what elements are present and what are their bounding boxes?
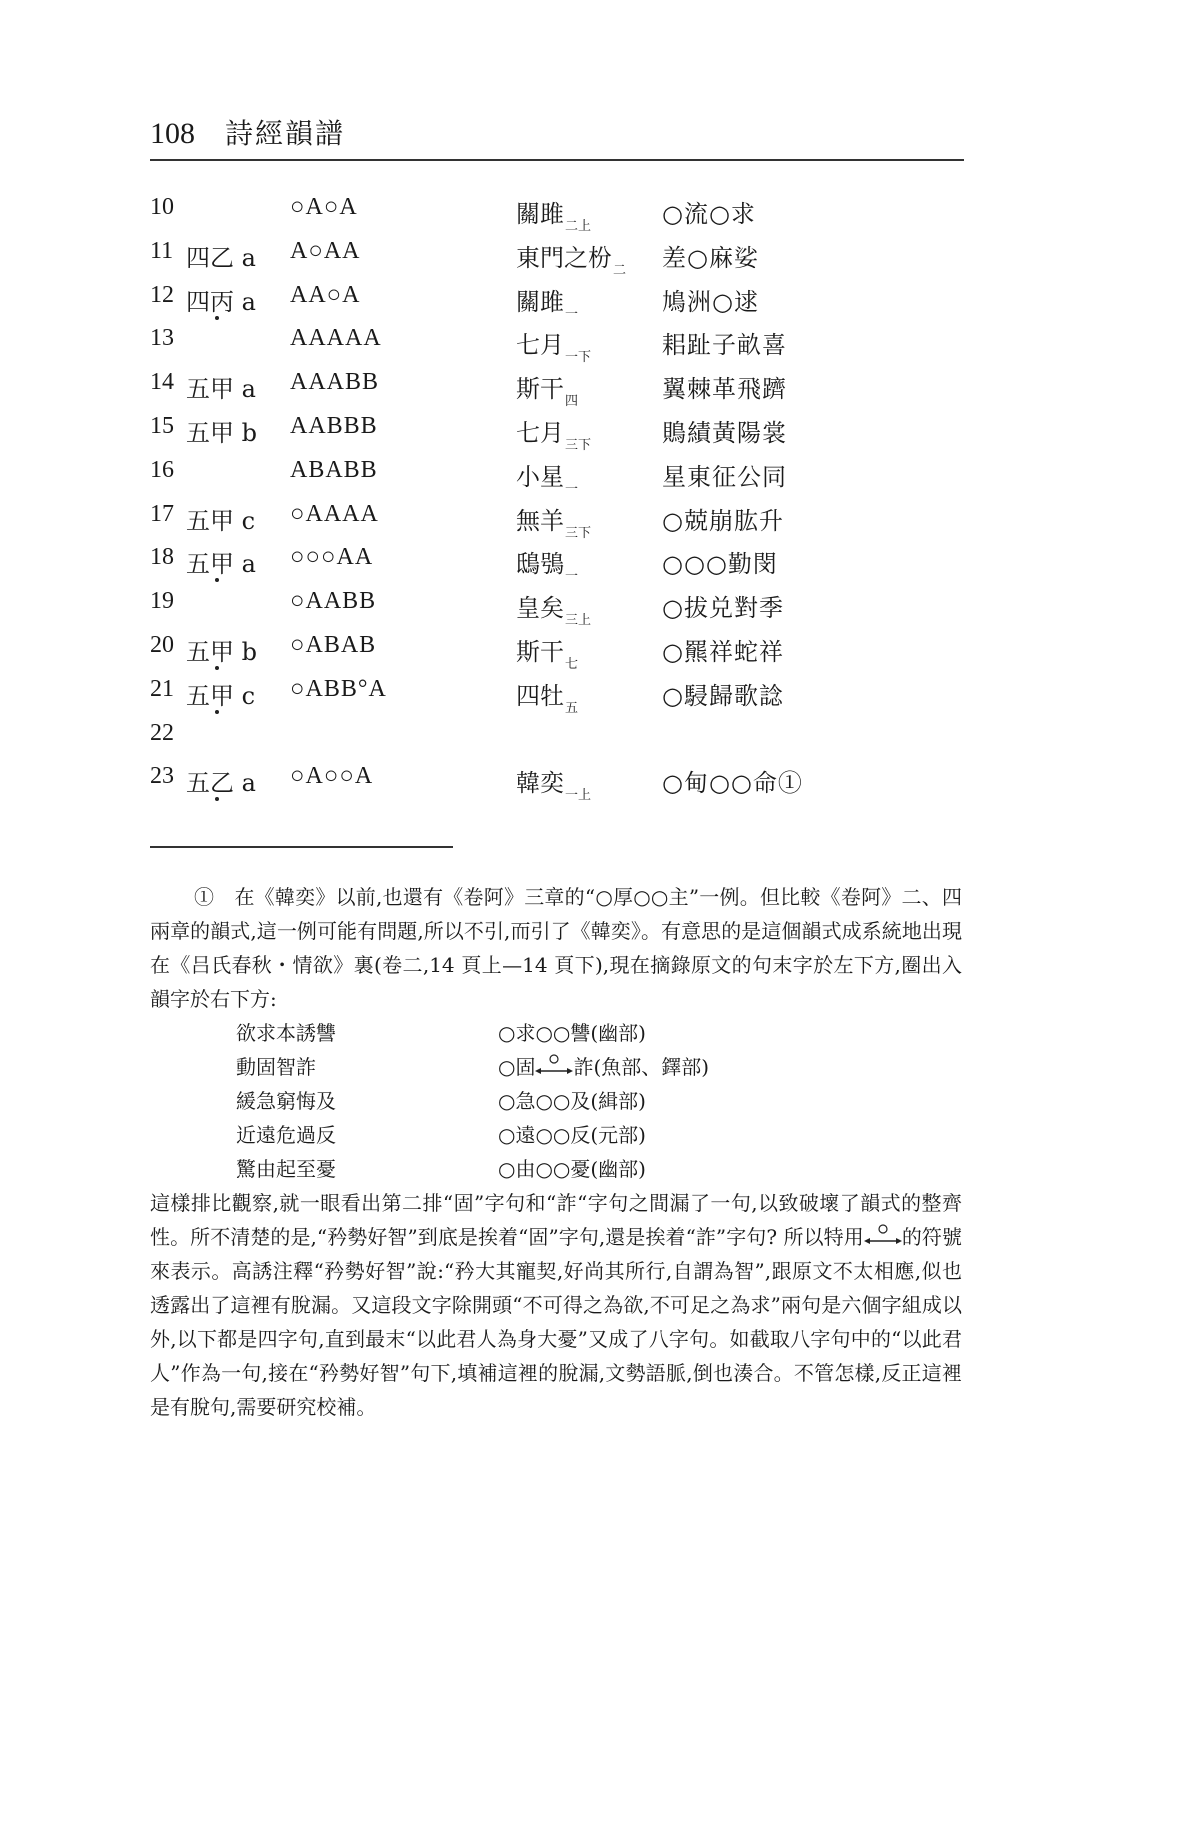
row-number: 12 (150, 282, 174, 309)
rhyme-annotation-tail: 詐(魚部、鐸部) (573, 1055, 709, 1079)
stanza-subscript: 一 (565, 482, 578, 497)
quote-rhyme: ○遠○○反(元部) (498, 1118, 646, 1152)
stanza-subscript: 三下 (565, 438, 591, 453)
rhyme-words: 差○麻娑 (662, 238, 759, 273)
rhyme-words: ○拔兑對季 (662, 588, 784, 623)
footnote-paragraph-2a: 這樣排比觀察,就一眼看出第二排“固”字句和“詐“字句之間漏了一句,以致破壞了韻式… (150, 1191, 962, 1249)
poem-title: 關雎 (516, 200, 564, 228)
rhyme-words: ○甸○○命① (662, 763, 803, 798)
stanza-subscript: 三下 (565, 526, 591, 541)
rhyme-pattern: AA○A (290, 282, 361, 309)
rhyme-category: 五甲 a (186, 544, 256, 579)
poem-title: 無羊 (516, 507, 564, 535)
row-number: 21 (150, 676, 174, 703)
row-number: 11 (150, 238, 173, 265)
rhyme-words: 鵙績黃陽裳 (662, 413, 787, 448)
quote-row: 近遠危過反○遠○○反(元部) (236, 1118, 962, 1152)
quote-line-endings: 緩急窮悔及 (236, 1084, 498, 1118)
table-row: 16ABABB小星一星東征公同 (150, 453, 970, 497)
rhyme-pattern: ABABB (290, 457, 378, 484)
table-row: 13AAAAA七月一下耜趾子畝喜 (150, 321, 970, 365)
poem-title: 東門之枌 (516, 244, 612, 272)
rhyme-words: 鳩洲○逑 (662, 282, 759, 317)
book-title: 詩經韻譜 (225, 112, 345, 152)
row-number: 16 (150, 457, 174, 484)
quote-row: 欲求本誘讐○求○○讐(幽部) (236, 1016, 962, 1050)
rhyme-category: 五甲 a (186, 369, 256, 404)
poem-title: 七月 (516, 419, 564, 447)
footnote: ① 在《韓奕》以前,也還有《卷阿》三章的“○厚○○主”一例。但比較《卷阿》二、四… (150, 880, 962, 1424)
row-number: 18 (150, 544, 174, 571)
double-arrow-circle-icon (864, 1229, 902, 1249)
rhyme-category: 五乙 a (186, 763, 256, 798)
poem-reference: 關雎二上 (516, 194, 591, 234)
poem-title: 斯干 (516, 638, 564, 666)
quote-line-endings: 驚由起至憂 (236, 1152, 498, 1186)
row-number: 23 (150, 763, 174, 790)
rhyme-category: 五甲 c (186, 501, 255, 536)
poem-reference: 四牡五 (516, 676, 578, 716)
footnote-paragraph-1: ① 在《韓奕》以前,也還有《卷阿》三章的“○厚○○主”一例。但比較《卷阿》二、四… (150, 880, 962, 1016)
stanza-subscript: 二 (613, 263, 626, 278)
quote-line-endings: 欲求本誘讐 (236, 1016, 498, 1050)
poem-reference: 斯干四 (516, 369, 578, 409)
row-number: 15 (150, 413, 174, 440)
rhyme-annotation: ○由○○憂(幽部) (498, 1157, 646, 1181)
stanza-subscript: 一下 (565, 350, 591, 365)
rhyme-annotation: ○遠○○反(元部) (498, 1123, 646, 1147)
quote-line-endings: 近遠危過反 (236, 1118, 498, 1152)
rhyme-words: 耜趾子畝喜 (662, 325, 787, 360)
rhyme-pattern: AAABB (290, 369, 379, 396)
quote-rhyme: ○急○○及(緝部) (498, 1084, 646, 1118)
rhyme-pattern: AABBB (290, 413, 378, 440)
poem-title: 鴟鴞 (516, 550, 564, 578)
table-row: 17五甲 c○AAAA無羊三下○兢崩肱升 (150, 497, 970, 541)
poem-title: 小星 (516, 463, 564, 491)
row-number: 20 (150, 632, 174, 659)
table-row: 19○AABB皇矣三上○拔兑對季 (150, 584, 970, 628)
table-row: 15五甲 bAABBB七月三下鵙績黃陽裳 (150, 409, 970, 453)
rhyme-annotation: ○固 (498, 1055, 535, 1079)
stanza-subscript: 一 (565, 569, 578, 584)
page-number: 108 (150, 117, 195, 151)
table-row: 18五甲 a○○○AA鴟鴞一○○○勤閔 (150, 540, 970, 584)
poem-title: 七月 (516, 331, 564, 359)
emphasis-dot (215, 797, 219, 801)
rhyme-words: ○兢崩肱升 (662, 501, 784, 536)
rhyme-category: 五甲 b (186, 632, 257, 667)
quote-rhyme: ○固詐(魚部、鐸部) (498, 1050, 709, 1084)
rhyme-words: ○羆祥蛇祥 (662, 632, 784, 667)
footnote-paragraph-2b: 的符號來表示。高誘注釋“矜勢好智”說:“矜大其寵契,好尚其所行,自謂為智”,跟原… (150, 1225, 962, 1419)
rhyme-pattern: ○ABB°A (290, 676, 387, 703)
rhyme-category: 五甲 b (186, 413, 257, 448)
quote-line-endings: 動固智詐 (236, 1050, 498, 1084)
rhyme-annotation: ○急○○及(緝部) (498, 1089, 646, 1113)
rhyme-pattern: ○ABAB (290, 632, 376, 659)
stanza-subscript: 七 (565, 657, 578, 672)
table-row: 11四乙 aA○AA東門之枌二差○麻娑 (150, 234, 970, 278)
quote-table: 欲求本誘讐○求○○讐(幽部)動固智詐○固詐(魚部、鐸部)緩急窮悔及○急○○及(緝… (236, 1016, 962, 1186)
rhyme-pattern: A○AA (290, 238, 361, 265)
quote-row: 動固智詐○固詐(魚部、鐸部) (236, 1050, 962, 1084)
rhyme-words: 翼棘革飛躋 (662, 369, 787, 404)
stanza-subscript: 五 (565, 701, 578, 716)
table-row: 14五甲 aAAABB斯干四翼棘革飛躋 (150, 365, 970, 409)
row-number: 10 (150, 194, 174, 221)
poem-reference: 七月三下 (516, 413, 591, 453)
row-number: 17 (150, 501, 174, 528)
stanza-subscript: 一 (565, 307, 578, 322)
poem-reference: 鴟鴞一 (516, 544, 578, 584)
stanza-subscript: 四 (565, 394, 578, 409)
rhyme-words: ○流○求 (662, 194, 756, 229)
quote-row: 驚由起至憂○由○○憂(幽部) (236, 1152, 962, 1186)
double-arrow-circle-icon (535, 1059, 573, 1079)
emphasis-dot (215, 666, 219, 670)
quote-rhyme: ○由○○憂(幽部) (498, 1152, 646, 1186)
poem-title: 關雎 (516, 288, 564, 316)
row-number: 22 (150, 720, 174, 747)
table-row: 12四丙 aAA○A關雎一鳩洲○逑 (150, 278, 970, 322)
stanza-subscript: 三上 (565, 613, 591, 628)
emphasis-dot (215, 578, 219, 582)
quote-rhyme: ○求○○讐(幽部) (498, 1016, 646, 1050)
rhyme-pattern: AAAAA (290, 325, 382, 352)
poem-title: 四牡 (516, 682, 564, 710)
rhyme-words: ○駸歸歌諗 (662, 676, 784, 711)
row-number: 19 (150, 588, 174, 615)
stanza-subscript: 二上 (565, 219, 591, 234)
running-header: 108 詩經韻譜 (150, 112, 960, 152)
stanza-subscript: 一上 (565, 788, 591, 803)
poem-reference: 關雎一 (516, 282, 578, 322)
rhyme-words: ○○○勤閔 (662, 544, 778, 579)
rhyme-words: 星東征公同 (662, 457, 787, 492)
header-rule (150, 159, 964, 161)
rhyme-pattern: ○AABB (290, 588, 376, 615)
rhyme-pattern: ○A○A (290, 194, 358, 221)
rhyme-annotation: ○求○○讐(幽部) (498, 1021, 646, 1045)
table-row: 10○A○A關雎二上○流○求 (150, 190, 970, 234)
poem-title: 韓奕 (516, 769, 564, 797)
poem-reference: 東門之枌二 (516, 238, 626, 278)
row-number: 14 (150, 369, 174, 396)
table-row: 21五甲 c○ABB°A四牡五○駸歸歌諗 (150, 672, 970, 716)
table-row: 23五乙 a○A○○A韓奕一上○甸○○命① (150, 759, 970, 803)
poem-reference: 小星一 (516, 457, 578, 497)
rhyme-pattern: ○AAAA (290, 501, 379, 528)
rhyme-category: 四丙 a (186, 282, 256, 317)
row-number: 13 (150, 325, 174, 352)
quote-row: 緩急窮悔及○急○○及(緝部) (236, 1084, 962, 1118)
rhyme-category: 五甲 c (186, 676, 255, 711)
poem-reference: 七月一下 (516, 325, 591, 365)
poem-reference: 皇矣三上 (516, 588, 591, 628)
poem-reference (516, 720, 517, 754)
emphasis-dot (215, 316, 219, 320)
table-row: 20五甲 b○ABAB斯干七○羆祥蛇祥 (150, 628, 970, 672)
rhyme-pattern: ○○○AA (290, 544, 373, 571)
footnote-rule (150, 846, 453, 848)
poem-reference: 無羊三下 (516, 501, 591, 541)
footnote-paragraph-2: 這樣排比觀察,就一眼看出第二排“固”字句和“詐“字句之間漏了一句,以致破壞了韻式… (150, 1186, 962, 1424)
rhyme-pattern: ○A○○A (290, 763, 373, 790)
poem-title: 斯干 (516, 375, 564, 403)
rhyme-pattern-table: 10○A○A關雎二上○流○求11四乙 aA○AA東門之枌二差○麻娑12四丙 aA… (150, 190, 970, 803)
emphasis-dot (215, 710, 219, 714)
poem-reference: 韓奕一上 (516, 763, 591, 803)
poem-reference: 斯干七 (516, 632, 578, 672)
table-row: 22 (150, 716, 970, 760)
poem-title: 皇矣 (516, 594, 564, 622)
rhyme-category: 四乙 a (186, 238, 256, 273)
